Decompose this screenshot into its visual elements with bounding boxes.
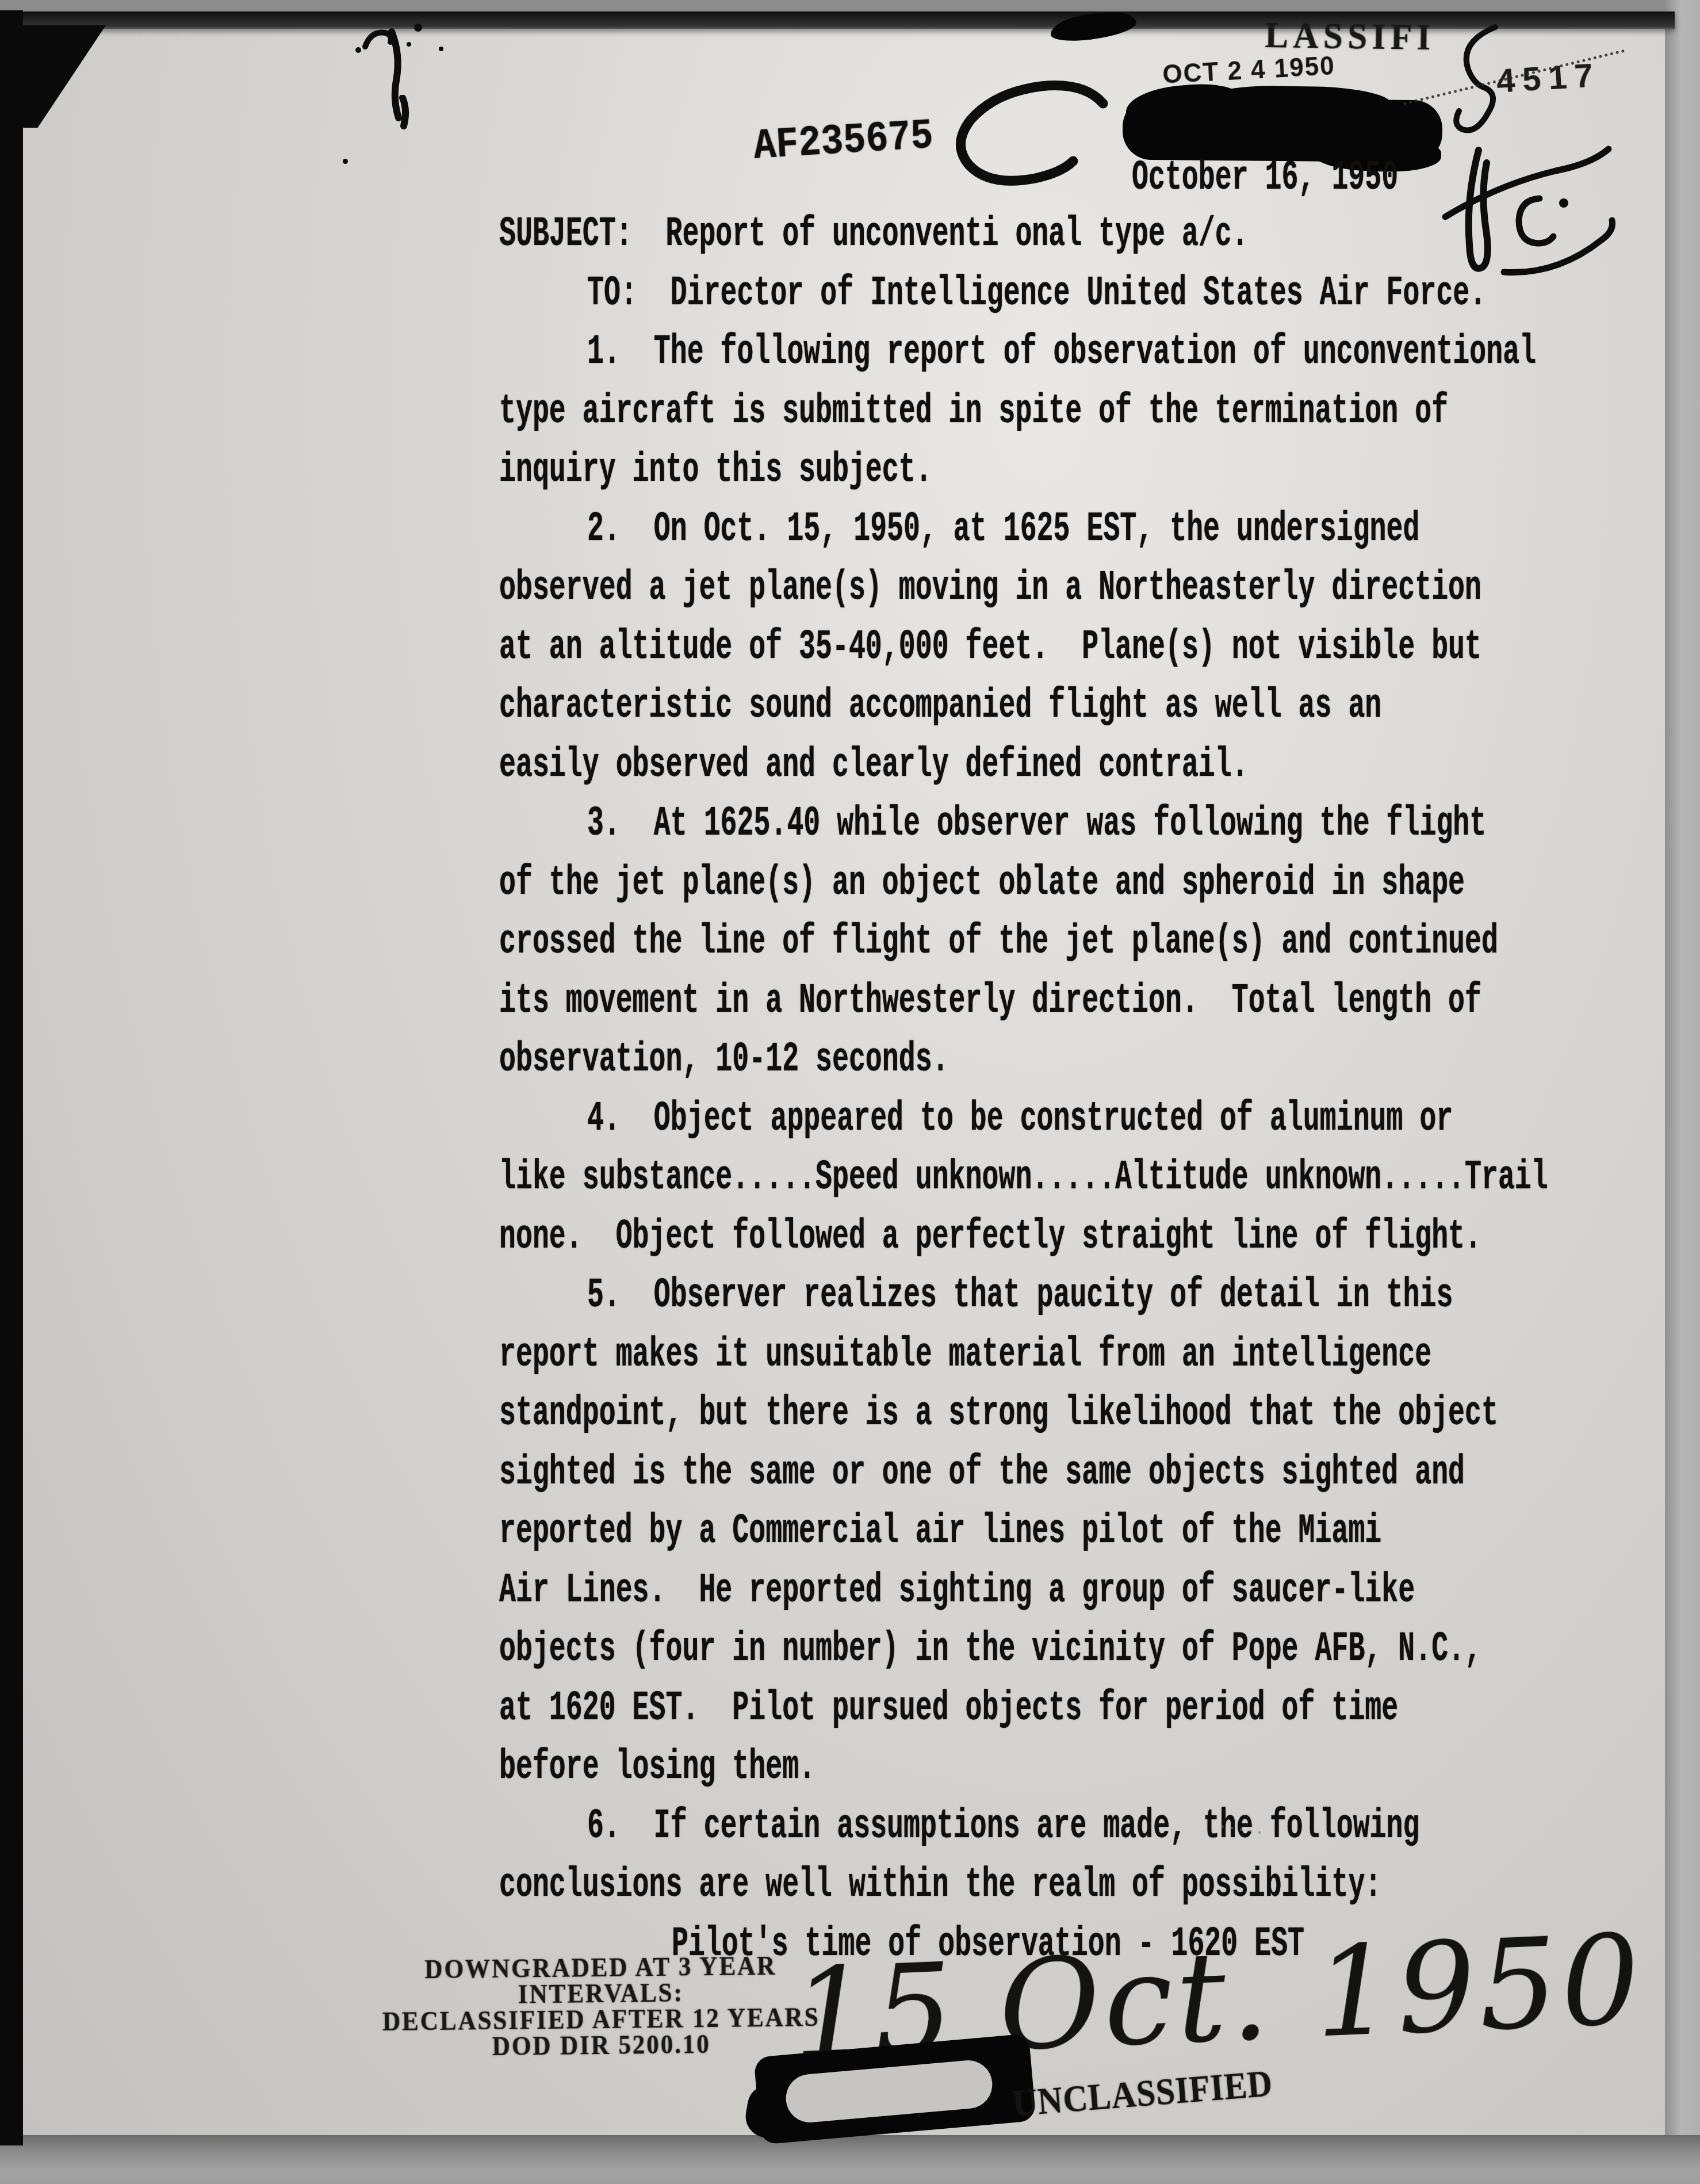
typed-line: characteristic sound accompanied flight …	[499, 676, 1700, 736]
typed-line: its movement in a Northwesterly directio…	[499, 971, 1700, 1031]
typed-body: SUBJECT: Report of unconventi onal type …	[499, 205, 1700, 1973]
typed-line: crossed the line of flight of the jet pl…	[499, 912, 1700, 971]
scanner-bed-bottom	[0, 2135, 1700, 2184]
typed-line: none. Object followed a perfectly straig…	[499, 1207, 1700, 1267]
typed-line: 2. On Oct. 15, 1950, at 1625 EST, the un…	[587, 500, 1700, 559]
typed-line: report makes it unsuitable material from…	[499, 1325, 1700, 1384]
typed-line: reported by a Commercial air lines pilot…	[499, 1502, 1700, 1561]
handwritten-c-mark	[949, 81, 1116, 190]
typed-line: of the jet plane(s) an object oblate and…	[499, 854, 1700, 913]
typed-line: like substance.....Speed unknown.....Alt…	[499, 1148, 1700, 1207]
typed-line: 3. At 1625.40 while observer was followi…	[587, 794, 1700, 854]
typed-line: SUBJECT: Report of unconventi onal type …	[499, 205, 1700, 264]
typed-line: objects (four in number) in the vicinity…	[499, 1620, 1700, 1679]
typed-line: 4. Object appeared to be constructed of …	[587, 1089, 1700, 1149]
typed-date: October 16, 1950	[1132, 154, 1398, 201]
typed-line: observation, 10-12 seconds.	[499, 1030, 1700, 1089]
typed-line: observed a jet plane(s) moving in a Nort…	[499, 559, 1700, 618]
typed-line: 6. If certain assumptions are made, the …	[587, 1797, 1700, 1856]
document-scan: AF235675 LASSIFI OCT 2 4 1950 4517 Octob…	[0, 0, 1700, 2184]
typed-line: at 1620 EST. Pilot pursued objects for p…	[499, 1679, 1700, 1738]
pen-tick-mark	[396, 95, 413, 129]
typed-line: conclusions are well within the realm of…	[499, 1856, 1700, 1915]
typed-line: before losing them.	[499, 1738, 1700, 1797]
typed-line: Air Lines. He reported sighting a group …	[499, 1561, 1700, 1620]
typed-line: standpoint, but there is a strong likeli…	[499, 1384, 1700, 1443]
scan-edge-strip	[0, 10, 23, 2145]
typed-line: sighted is the same or one of the same o…	[499, 1443, 1700, 1502]
typed-line: TO: Director of Intelligence United Stat…	[587, 264, 1700, 323]
ink-speck	[343, 159, 348, 164]
typed-line: easily observed and clearly defined cont…	[499, 736, 1700, 795]
typed-line: at an altitude of 35-40,000 feet. Plane(…	[499, 618, 1700, 677]
scanner-bed-top	[0, 0, 1700, 13]
typed-line: 1. The following report of observation o…	[587, 323, 1700, 382]
downgrade-stamp-line: DOWNGRADED AT 3 YEAR INTERVALS:	[341, 1952, 860, 2009]
typed-line: inquiry into this subject.	[499, 441, 1700, 500]
typed-line: 5. Observer realizes that paucity of det…	[587, 1266, 1700, 1325]
typed-line: type aircraft is submitted in spite of t…	[499, 382, 1700, 441]
